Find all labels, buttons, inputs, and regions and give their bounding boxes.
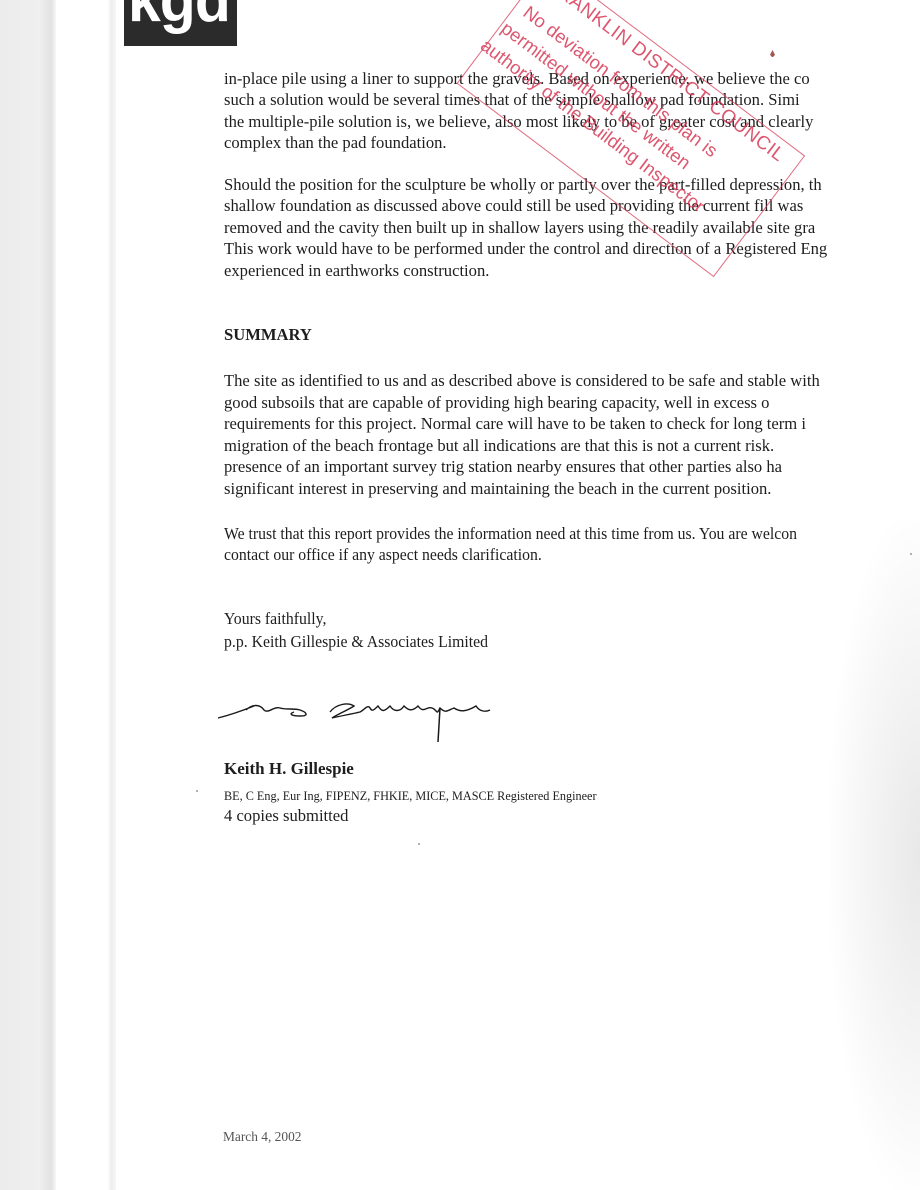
text-line: We trust that this report provides the i…	[224, 523, 797, 544]
paragraph-depression: Should the position for the sculpture be…	[224, 174, 827, 281]
scan-shadow-left	[0, 0, 56, 1190]
text-line: the multiple-pile solution is, we believ…	[224, 111, 813, 132]
text-line: requirements for this project. Normal ca…	[224, 413, 820, 435]
text-line: removed and the cavity then built up in …	[224, 217, 827, 238]
salutation: Yours faithfully,	[224, 607, 488, 630]
signer-name: Keith H. Gillespie	[224, 758, 354, 779]
text-line: in-place pile using a liner to support t…	[224, 68, 813, 89]
paragraph-closing: We trust that this report provides the i…	[224, 523, 797, 565]
scan-speck	[910, 553, 912, 555]
copies-note: 4 copies submitted	[224, 805, 348, 826]
signoff-block: Yours faithfully, p.p. Keith Gillespie &…	[224, 607, 488, 653]
text-line: This work would have to be performed und…	[224, 238, 827, 259]
text-line: Should the position for the sculpture be…	[224, 174, 827, 195]
company-logo: kgd	[124, 0, 237, 46]
company-name: p.p. Keith Gillespie & Associates Limite…	[224, 630, 488, 653]
text-line: shallow foundation as discussed above co…	[224, 195, 827, 216]
scan-speck	[196, 790, 198, 792]
text-line: experienced in earthworks construction.	[224, 260, 827, 281]
summary-heading: SUMMARY	[224, 324, 312, 345]
ink-mark	[770, 50, 775, 57]
text-line: presence of an important survey trig sta…	[224, 456, 820, 478]
handwritten-signature	[214, 690, 494, 746]
text-line: complex than the pad foundation.	[224, 132, 813, 153]
scan-speck	[418, 843, 420, 845]
text-line: migration of the beach frontage but all …	[224, 435, 820, 457]
text-line: such a solution would be several times t…	[224, 89, 813, 110]
document-date: March 4, 2002	[223, 1129, 301, 1145]
text-line: significant interest in preserving and m…	[224, 478, 820, 500]
text-line: The site as identified to us and as desc…	[224, 370, 820, 392]
paragraph-summary: The site as identified to us and as desc…	[224, 370, 820, 500]
text-line: good subsoils that are capable of provid…	[224, 392, 820, 414]
text-line: contact our office if any aspect needs c…	[224, 544, 797, 565]
page-fold-shadow	[108, 0, 116, 1190]
scan-shadow-right	[830, 520, 920, 1190]
logo-text: kgd	[128, 0, 230, 32]
paragraph-pile-solution: in-place pile using a liner to support t…	[224, 68, 813, 154]
